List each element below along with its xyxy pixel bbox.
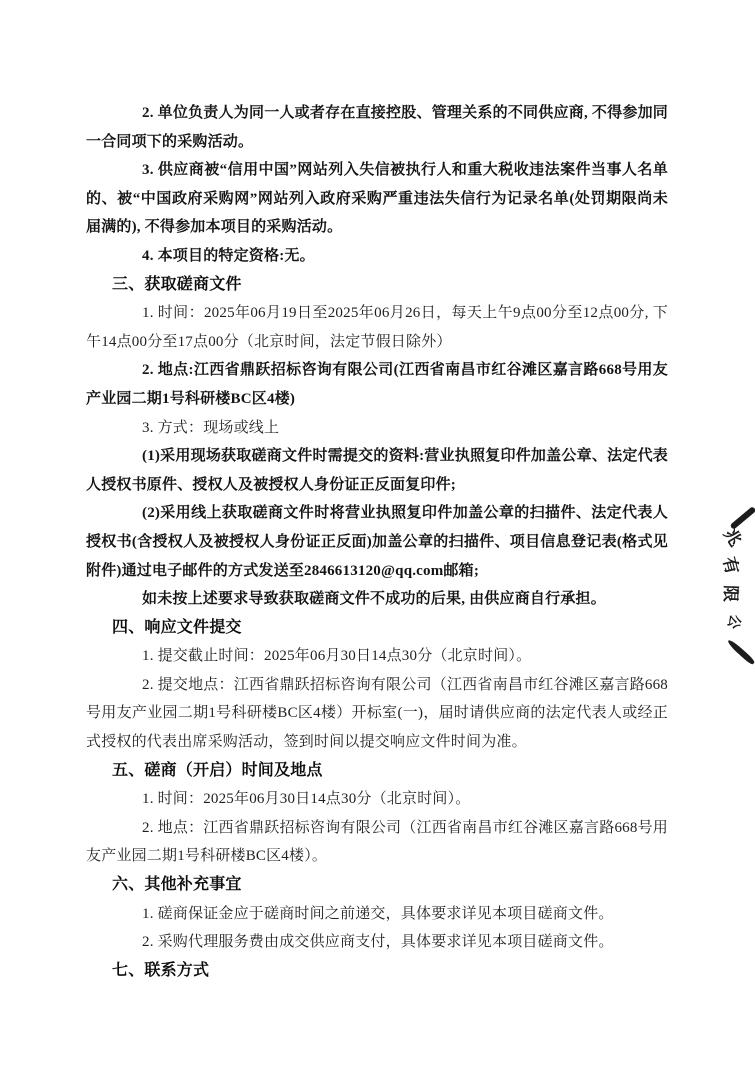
paragraph: 3. 供应商被“信用中国”网站列入失信被执行人和重大税收违法案件当事人名单的、被… <box>86 156 668 242</box>
paragraph: 1. 时间：2025年06月19日至2025年06月26日，每天上午9点00分至… <box>86 299 668 356</box>
scanned-document-page: 2. 单位负责人为同一人或者存在直接控股、管理关系的不同供应商, 不得参加同一合… <box>0 0 755 1071</box>
section-heading: 七、联系方式 <box>86 957 668 986</box>
document-body: 2. 单位负责人为同一人或者存在直接控股、管理关系的不同供应商, 不得参加同一合… <box>86 99 668 985</box>
paragraph: 4. 本项目的特定资格:无。 <box>86 242 668 271</box>
seal-arc-stroke-bottom <box>726 638 755 665</box>
paragraph: 2. 地点:江西省鼎跃招标咨询有限公司(江西省南昌市红谷滩区嘉言路668号用友产… <box>86 356 668 413</box>
paragraph: 2. 地点：江西省鼎跃招标咨询有限公司（江西省南昌市红谷滩区嘉言路668号用友产… <box>86 814 668 871</box>
paragraph: 如未按上述要求导致获取磋商文件不成功的后果, 由供应商自行承担。 <box>86 585 668 614</box>
paragraph: 2. 提交地点：江西省鼎跃招标咨询有限公司（江西省南昌市红谷滩区嘉言路668号用… <box>86 671 668 757</box>
paragraph: 2. 单位负责人为同一人或者存在直接控股、管理关系的不同供应商, 不得参加同一合… <box>86 99 668 156</box>
paragraph: 1. 磋商保证金应于磋商时间之前递交，具体要求详见本项目磋商文件。 <box>86 900 668 929</box>
seal-character: 限 <box>722 585 740 603</box>
section-heading: 四、响应文件提交 <box>86 614 668 643</box>
section-heading: 五、磋商（开启）时间及地点 <box>86 757 668 786</box>
seal-character: 兆 <box>721 526 744 549</box>
paragraph: (2)采用线上获取磋商文件时将营业执照复印件加盖公章的扫描件、法定代表人授权书(… <box>86 499 668 585</box>
seal-character: 公 <box>723 612 743 630</box>
paragraph: 1. 提交截止时间：2025年06月30日14点30分（北京时间）。 <box>86 642 668 671</box>
seal-stamp-fragment: 兆有限公 <box>715 503 755 671</box>
paragraph: 3. 方式：现场或线上 <box>86 414 668 443</box>
section-heading: 三、获取磋商文件 <box>86 271 668 300</box>
seal-character: 有 <box>720 555 741 576</box>
paragraph: (1)采用现场获取磋商文件时需提交的资料:营业执照复印件加盖公章、法定代表人授权… <box>86 442 668 499</box>
paragraph: 1. 时间：2025年06月30日14点30分（北京时间）。 <box>86 785 668 814</box>
section-heading: 六、其他补充事宜 <box>86 871 668 900</box>
paragraph: 2. 采购代理服务费由成交供应商支付，具体要求详见本项目磋商文件。 <box>86 928 668 957</box>
